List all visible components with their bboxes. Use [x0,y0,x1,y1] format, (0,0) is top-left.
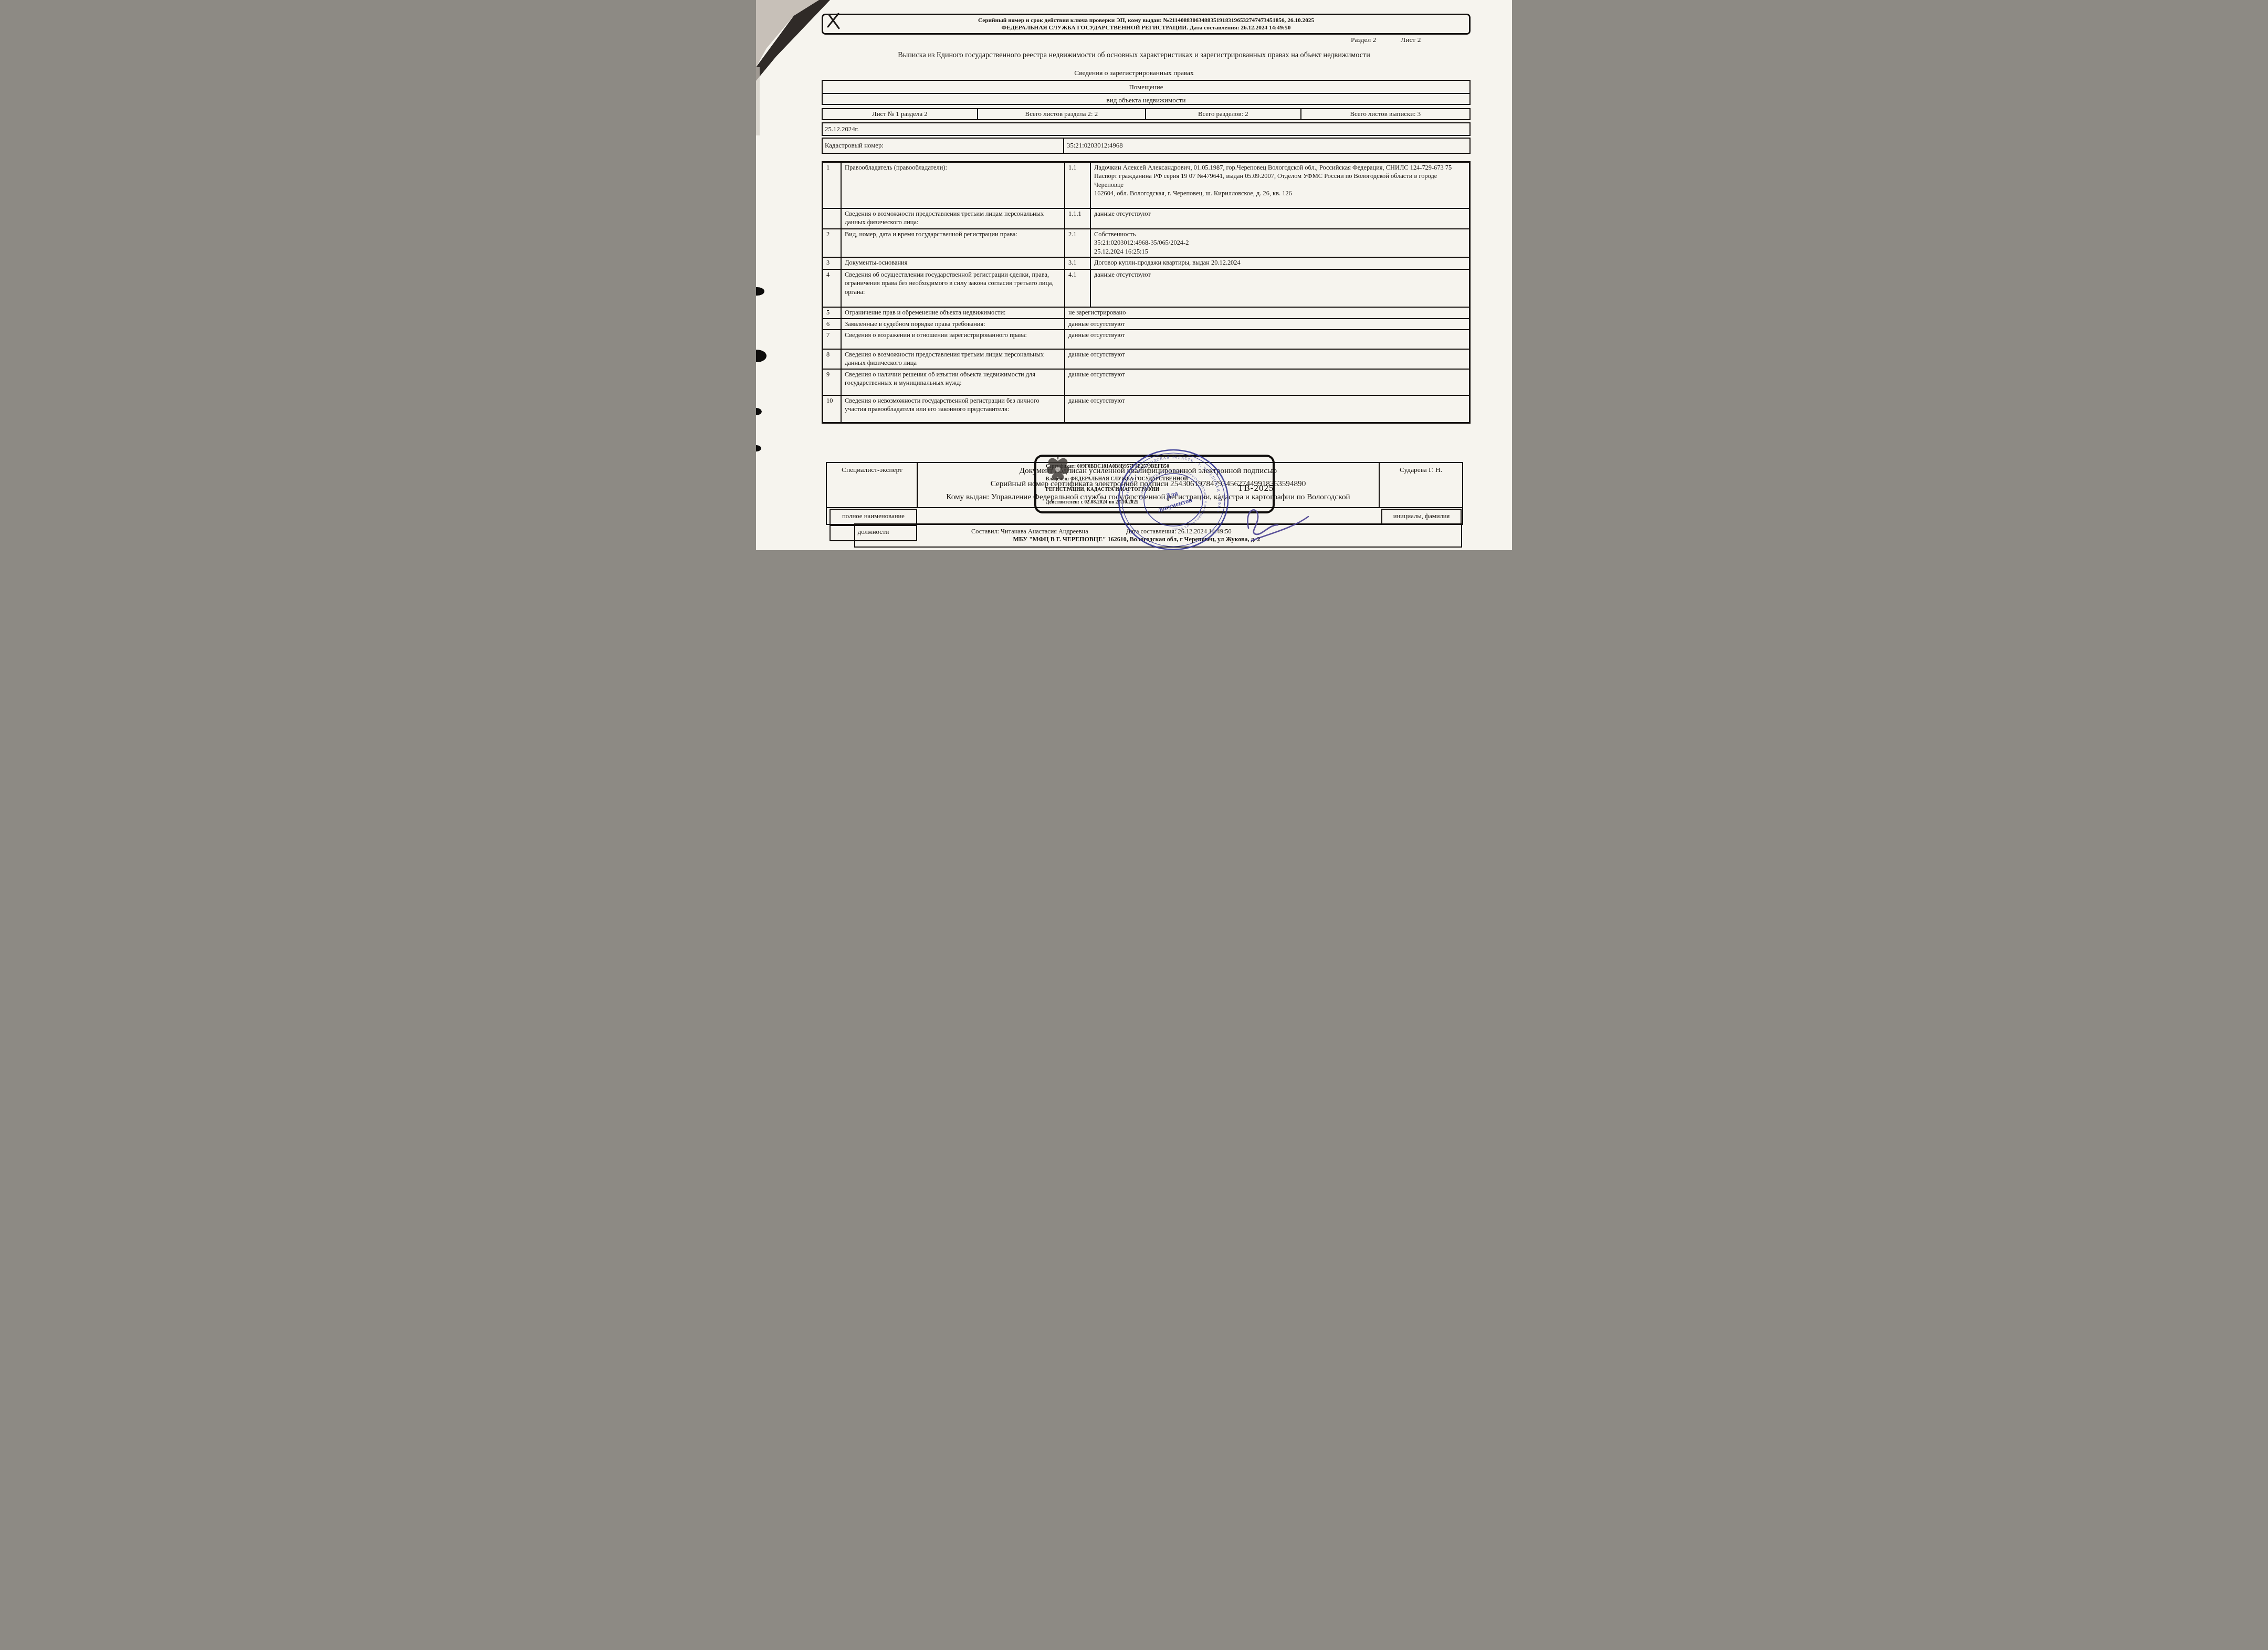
round-ink-stamp: • РОССИЯ • ВОЛОГОДСКАЯ ОБЛАСТЬ • Г. ЧЕРЕ… [1117,448,1231,550]
scan-blob-2 [756,350,766,362]
signer-name-cell: Сударева Г. Н. [1379,462,1463,508]
table-row: 3 Документы-основания 3.1 Договор купли-… [823,258,1469,270]
cadastral-label: Кадастровый номер: [823,139,1064,153]
row-value: данные отсутствуют [1065,370,1469,395]
row-label: Сведения о возможности предоставления тр… [842,350,1065,369]
handwritten-signature [1234,493,1318,550]
signer-role-cell: Специалист-эксперт [826,462,918,508]
table-row: Сведения о возможности предоставления тр… [823,209,1469,229]
row-value: Договор купли-продажи квартиры, выдан 20… [1091,258,1469,269]
row-number: 7 [823,330,842,349]
row-number: 4 [823,270,842,307]
row-label: Ограничение прав и обременение объекта н… [842,308,1065,318]
table-row: 9 Сведения о наличии решения об изъятии … [823,370,1469,396]
row-number: 2 [823,229,842,257]
rights-table: 1 Правообладатель (правообладатели): 1.1… [822,161,1471,424]
esig-header-line2: ФЕДЕРАЛЬНАЯ СЛУЖБА ГОСУДАРСТВЕННОЙ РЕГИС… [823,24,1469,32]
esig-header-line1: Серийный номер и срок действия ключа про… [823,17,1469,25]
object-type-caption: вид объекта недвижимости [823,93,1469,106]
scan-blob-3 [756,408,762,415]
document-title: Выписка из Единого государственного реес… [793,51,1475,60]
row-label: Заявленные в судебном порядке права треб… [842,319,1065,329]
cadastral-value: 35:21:0203012:4968 [1064,139,1469,153]
left-edge-shade [756,67,760,135]
scan-blob-4 [756,445,761,451]
table-row: 10 Сведения о невозможности государствен… [823,396,1469,422]
cadastral-box: Кадастровый номер: 35:21:0203012:4968 [822,138,1471,154]
extract-date-box: 25.12.2024г. [822,122,1471,136]
eagle-emblem-icon [1046,457,1070,484]
row-subnumber: 1.1.1 [1065,209,1091,228]
row-number: 5 [823,308,842,318]
row-number: 1 [823,163,842,208]
stamp-center-line1: Для [1165,489,1179,500]
row-label: Сведения о невозможности государственной… [842,396,1065,422]
row-label: Сведения о возможности предоставления тр… [842,209,1065,228]
svg-text:МНОГОФУНКЦИОНАЛЬНЫЙ ЦЕНТР ГОСУ: МНОГОФУНКЦИОНАЛЬНЫЙ ЦЕНТР ГОСУДАРСТВЕННЫ… [1140,469,1206,530]
row-value: не зарегистрировано [1065,308,1469,318]
table-row: 1 Правообладатель (правообладатели): 1.1… [823,163,1469,209]
table-row: 7 Сведения о возражении в отношении заре… [823,330,1469,350]
left-edge-blobs [756,278,772,457]
object-type-box: Помещение вид объекта недвижимости [822,80,1471,105]
row-subnumber: 1.1 [1065,163,1091,208]
sheet-counter-2: Всего листов раздела 2: 2 [978,109,1146,119]
object-type-value: Помещение [823,81,1469,93]
row-number: 6 [823,319,842,329]
row-number: 8 [823,350,842,369]
row-label: Сведения об осуществлении государственно… [842,270,1065,307]
row-value: данные отсутствуют [1091,270,1469,307]
row-value: Собственность 35:21:0203012:4968-35/065/… [1091,229,1469,257]
composed-by-line: Составил: Читанава Анастасия Андреевна [971,528,1088,535]
sheet-counter-1: Лист № 1 раздела 2 [823,109,978,119]
row-value: данные отсутствуют [1065,319,1469,329]
row-number: 9 [823,370,842,395]
row-label: Документы-основания [842,258,1065,269]
sheet-counters-row: Лист № 1 раздела 2 Всего листов раздела … [822,108,1471,120]
esig-header-box: Серийный номер и срок действия ключа про… [822,14,1471,35]
table-row: 5 Ограничение прав и обременение объекта… [823,308,1469,319]
row-label: Сведения о возражении в отношении зареги… [842,330,1065,349]
sheet-counter-4: Всего листов выписки: 3 [1301,109,1469,119]
scanned-document-page: Серийный номер и срок действия ключа про… [756,0,1512,550]
table-row: 4 Сведения об осуществлении государствен… [823,270,1469,308]
row-number: 10 [823,396,842,422]
row-value: Ладочкин Алексей Александрович, 01.05.19… [1091,163,1469,208]
row-subnumber: 3.1 [1065,258,1091,269]
row-label: Сведения о наличии решения об изъятии об… [842,370,1065,395]
sheet-number: Лист 2 [1401,36,1421,44]
scan-blob-1 [756,287,764,296]
pen-mark-x [826,12,844,30]
stamp-center-line2: документов [1157,496,1193,513]
sheet-counter-3: Всего разделов: 2 [1146,109,1301,119]
row-value: данные отсутствуют [1065,350,1469,369]
document-subtitle: Сведения о зарегистрированных правах [793,69,1475,77]
stamp-ring-inner-text: МНОГОФУНКЦИОНАЛЬНЫЙ ЦЕНТР ГОСУДАРСТВЕННЫ… [1140,469,1206,530]
section-number: Раздел 2 [1351,36,1376,44]
table-row: 6 Заявленные в судебном порядке права тр… [823,319,1469,330]
row-value: данные отсутствуют [1065,396,1469,422]
row-value: данные отсутствуют [1065,330,1469,349]
row-subnumber: 2.1 [1065,229,1091,257]
row-value: данные отсутствуют [1091,209,1469,228]
row-number [823,209,842,228]
row-label: Правообладатель (правообладатели): [842,163,1065,208]
row-number: 3 [823,258,842,269]
caption-initials: инициалы, фамилия [1381,509,1462,524]
table-row: 8 Сведения о возможности предоставления … [823,350,1469,370]
row-label: Вид, номер, дата и время государственной… [842,229,1065,257]
table-row: 2 Вид, номер, дата и время государственн… [823,229,1469,258]
row-subnumber: 4.1 [1065,270,1091,307]
